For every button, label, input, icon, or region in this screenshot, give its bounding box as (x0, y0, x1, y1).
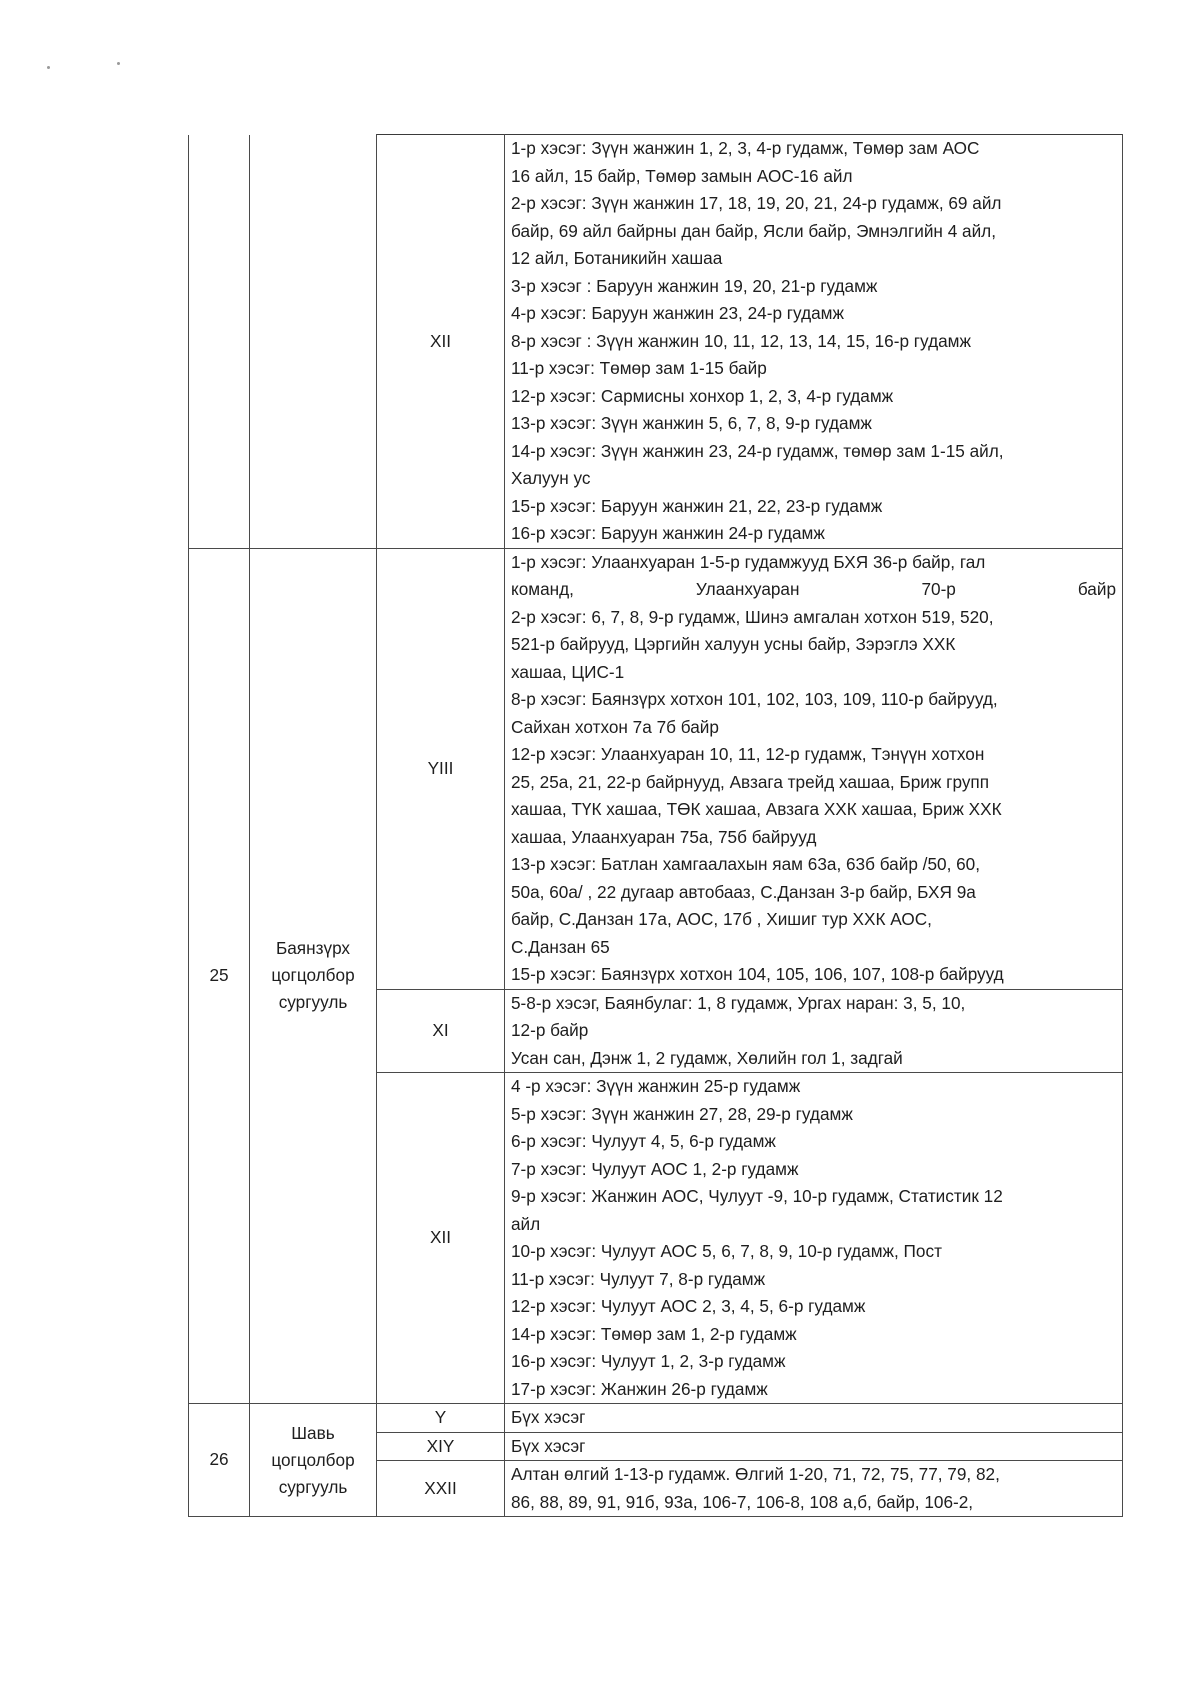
khoroo-cell: XIY (377, 1432, 505, 1461)
address-line: 16-р хэсэг: Баруун жанжин 24-р гудамж (511, 520, 1116, 548)
address-list-cell: 1-р хэсэг: Зүүн жанжин 1, 2, 3, 4-р гуда… (505, 135, 1123, 549)
table-row: 26ШавьцогцолборсургуульYБүх хэсэг (189, 1404, 1123, 1433)
school-name-line: Шавь (256, 1420, 370, 1447)
address-line: Бүх хэсэг (511, 1404, 1116, 1432)
district-assignment-table: XII1-р хэсэг: Зүүн жанжин 1, 2, 3, 4-р г… (188, 134, 1123, 1517)
school-name-cell (250, 135, 377, 549)
address-line: 6-р хэсэг: Чулуут 4, 5, 6-р гудамж (511, 1128, 1116, 1156)
address-line: байр, С.Данзан 17а, АОС, 17б , Хишиг тур… (511, 906, 1116, 934)
address-line: 14-р хэсэг: Төмөр зам 1, 2-р гудамж (511, 1321, 1116, 1349)
address-line: Усан сан, Дэнж 1, 2 гудамж, Хөлийн гол 1… (511, 1045, 1116, 1073)
address-line: 1-р хэсэг: Улаанхуаран 1-5-р гудамжууд Б… (511, 549, 1116, 577)
address-line: 50а, 60а/ , 22 дугаар автобааз, С.Данзан… (511, 879, 1116, 907)
address-line: 14-р хэсэг: Зүүн жанжин 23, 24-р гудамж,… (511, 438, 1116, 466)
address-line: 16 айл, 15 байр, Төмөр замын АОС-16 айл (511, 163, 1116, 191)
address-line: 4 -р хэсэг: Зүүн жанжин 25-р гудамж (511, 1073, 1116, 1101)
row-number-cell: 25 (189, 548, 250, 1404)
address-line: 2-р хэсэг: 6, 7, 8, 9-р гудамж, Шинэ амг… (511, 604, 1116, 632)
address-line: 86, 88, 89, 91, 91б, 93а, 106-7, 106-8, … (511, 1489, 1116, 1517)
school-name-line: сургууль (256, 1474, 370, 1501)
address-line: 16-р хэсэг: Чулуут 1, 2, 3-р гудамж (511, 1348, 1116, 1376)
address-line: 5-8-р хэсэг, Баянбулаг: 1, 8 гудамж, Ург… (511, 990, 1116, 1018)
address-line: 8-р хэсэг: Баянзүрх хотхон 101, 102, 103… (511, 686, 1116, 714)
khoroo-cell: XII (377, 1073, 505, 1404)
school-name-line: цогцолбор (256, 962, 370, 989)
address-line: 2-р хэсэг: Зүүн жанжин 17, 18, 19, 20, 2… (511, 190, 1116, 218)
khoroo-cell: Y (377, 1404, 505, 1433)
address-line: Сайхан хотхон 7а 7б байр (511, 714, 1116, 742)
address-line: Халуун ус (511, 465, 1116, 493)
school-name-cell: Шавьцогцолборсургууль (250, 1404, 377, 1517)
address-line: 25, 25а, 21, 22-р байрнууд, Авзага трейд… (511, 769, 1116, 797)
address-line: 11-р хэсэг: Төмөр зам 1-15 байр (511, 355, 1116, 383)
scan-speck (47, 66, 50, 69)
address-line: хашаа, ЦИС-1 (511, 659, 1116, 687)
khoroo-cell: XII (377, 135, 505, 549)
address-line: 4-р хэсэг: Баруун жанжин 23, 24-р гудамж (511, 300, 1116, 328)
school-name-line: цогцолбор (256, 1447, 370, 1474)
row-number-cell: 26 (189, 1404, 250, 1517)
address-line: 15-р хэсэг: Баянзүрх хотхон 104, 105, 10… (511, 961, 1116, 989)
address-list-cell: 4 -р хэсэг: Зүүн жанжин 25-р гудамж5-р х… (505, 1073, 1123, 1404)
school-name-cell: Баянзүрхцогцолборсургууль (250, 548, 377, 1404)
address-line: 3-р хэсэг : Баруун жанжин 19, 20, 21-р г… (511, 273, 1116, 301)
address-line: айл (511, 1211, 1116, 1239)
address-line: Алтан өлгий 1-13-р гудамж. Өлгий 1-20, 7… (511, 1461, 1116, 1489)
address-line: 7-р хэсэг: Чулуут АОС 1, 2-р гудамж (511, 1156, 1116, 1184)
address-line: 13-р хэсэг: Батлан хамгаалахын яам 63а, … (511, 851, 1116, 879)
address-line: хашаа, ТҮК хашаа, ТӨК хашаа, Авзага ХХК … (511, 796, 1116, 824)
address-line: 12 айл, Ботаникийн хашаа (511, 245, 1116, 273)
table-row: 25БаянзүрхцогцолборсургуульYIII1-р хэсэг… (189, 548, 1123, 989)
address-line: хашаа, Улаанхуаран 75а, 75б байрууд (511, 824, 1116, 852)
address-line: Бүх хэсэг (511, 1433, 1116, 1461)
address-list-cell: Бүх хэсэг (505, 1404, 1123, 1433)
address-line: 15-р хэсэг: Баруун жанжин 21, 22, 23-р г… (511, 493, 1116, 521)
address-list-cell: Бүх хэсэг (505, 1432, 1123, 1461)
address-line: 12-р хэсэг: Улаанхуаран 10, 11, 12-р гуд… (511, 741, 1116, 769)
address-list-cell: 5-8-р хэсэг, Баянбулаг: 1, 8 гудамж, Ург… (505, 989, 1123, 1073)
address-line: 12-р байр (511, 1017, 1116, 1045)
address-line: 5-р хэсэг: Зүүн жанжин 27, 28, 29-р гуда… (511, 1101, 1116, 1129)
address-list-cell: Алтан өлгий 1-13-р гудамж. Өлгий 1-20, 7… (505, 1461, 1123, 1517)
khoroo-cell: YIII (377, 548, 505, 989)
address-line: команд, Улаанхуаран 70-р байр (511, 576, 1116, 604)
table-row: XII1-р хэсэг: Зүүн жанжин 1, 2, 3, 4-р г… (189, 135, 1123, 549)
address-line: 1-р хэсэг: Зүүн жанжин 1, 2, 3, 4-р гуда… (511, 135, 1116, 163)
address-line: 12-р хэсэг: Сармисны хонхор 1, 2, 3, 4-р… (511, 383, 1116, 411)
khoroo-cell: XXII (377, 1461, 505, 1517)
row-number-cell (189, 135, 250, 549)
scan-speck (117, 62, 120, 65)
address-list-cell: 1-р хэсэг: Улаанхуаран 1-5-р гудамжууд Б… (505, 548, 1123, 989)
khoroo-cell: XI (377, 989, 505, 1073)
address-line: 10-р хэсэг: Чулуут АОС 5, 6, 7, 8, 9, 10… (511, 1238, 1116, 1266)
address-line: 17-р хэсэг: Жанжин 26-р гудамж (511, 1376, 1116, 1404)
school-name-line: Баянзүрх (256, 935, 370, 962)
address-line: 13-р хэсэг: Зүүн жанжин 5, 6, 7, 8, 9-р … (511, 410, 1116, 438)
address-line: 11-р хэсэг: Чулуут 7, 8-р гудамж (511, 1266, 1116, 1294)
address-line: 12-р хэсэг: Чулуут АОС 2, 3, 4, 5, 6-р г… (511, 1293, 1116, 1321)
address-line: 9-р хэсэг: Жанжин АОС, Чулуут -9, 10-р г… (511, 1183, 1116, 1211)
address-line: 521-р байрууд, Цэргийн халуун усны байр,… (511, 631, 1116, 659)
address-line: С.Данзан 65 (511, 934, 1116, 962)
address-line: байр, 69 айл байрны дан байр, Ясли байр,… (511, 218, 1116, 246)
school-name-line: сургууль (256, 989, 370, 1016)
address-line: 8-р хэсэг : Зүүн жанжин 10, 11, 12, 13, … (511, 328, 1116, 356)
